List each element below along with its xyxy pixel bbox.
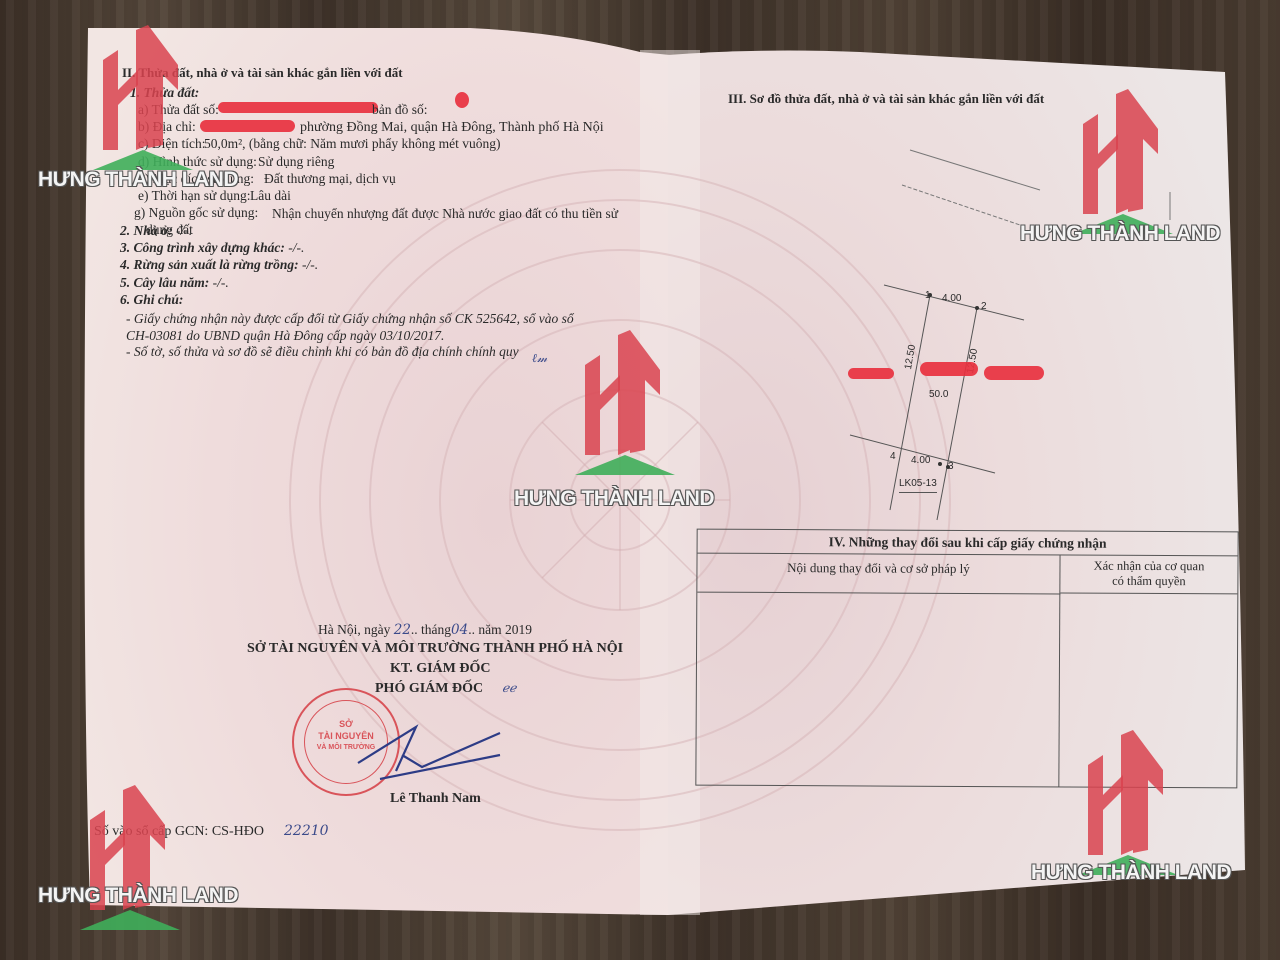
parcel-number-redaction [218, 102, 378, 113]
bottom-width: 4.00 [911, 452, 930, 469]
neighbor-lot-redaction-left [848, 368, 894, 379]
date-month: 04 [451, 622, 468, 638]
item-house-label: 2. Nhà ở: -/-. [120, 222, 192, 239]
usage-purpose-value: Đất thương mại, dịch vụ [264, 170, 396, 187]
registry-number: 22210 [284, 823, 329, 840]
date-month-prefix: tháng [421, 622, 451, 637]
top-width: 4.00 [942, 290, 961, 307]
point-1: 1 [925, 287, 931, 304]
plot-area: 50.0 [929, 386, 948, 403]
date-line: Hà Nội, ngày 22.. tháng04.. năm 2019 [318, 621, 532, 639]
watermark-text-bottom-right: HƯNG THÀNH LAND [1031, 861, 1231, 885]
subsection-parcel-title: 1. Thửa đất: [130, 84, 199, 101]
address-redaction [200, 120, 295, 132]
date-day: 22 [394, 622, 411, 638]
forest-label: 4. Rừng sản xuất là rừng trồng: [120, 257, 299, 272]
other-construction-label: 3. Công trình xây dựng khác: [120, 240, 285, 255]
usage-form-value: Sử dụng riêng [258, 153, 334, 170]
watermark-text-bottom-left: HƯNG THÀNH LAND [38, 884, 238, 908]
address-label: b) Địa chỉ: [138, 118, 196, 135]
initials-signature: ℓ𝓂 [532, 350, 547, 367]
neighbor-lot-redaction-right [984, 366, 1044, 380]
changes-table: IV. Những thay đổi sau khi cấp giấy chứn… [695, 529, 1238, 789]
changes-col-content: Nội dung thay đổi và cơ sở pháp lý [697, 554, 1060, 595]
changes-table-title: IV. Những thay đổi sau khi cấp giấy chứn… [698, 530, 1238, 557]
note1-line2: CH-03081 do UBND quận Hà Đông cấp ngày 0… [126, 327, 444, 344]
parcel-diagram [840, 140, 1220, 540]
area-value: 50,0m², (bằng chữ: Năm mươi phẩy không m… [204, 135, 501, 152]
item-other-construction: 3. Công trình xây dựng khác: -/-. [120, 239, 304, 256]
role-initials: ℯℯ [502, 680, 516, 697]
item-notes-title: 6. Ghi chú: [120, 291, 183, 308]
usage-term-value: Lâu dài [250, 187, 291, 204]
item-perennial-trees: 5. Cây lâu năm: -/-. [120, 274, 229, 291]
house-value: -/-. [176, 223, 192, 238]
parcel-number-label: a) Thửa đất số: [138, 101, 219, 118]
date-year: năm 2019 [478, 622, 532, 637]
note2: - Số tờ, số thửa và sơ đồ sẽ điều chỉnh … [126, 343, 519, 360]
item-forest: 4. Rừng sản xuất là rừng trồng: -/-. [120, 256, 318, 273]
other-construction-value: -/-. [288, 240, 304, 255]
watermark-text-top-left: HƯNG THÀNH LAND [38, 168, 238, 192]
point-3: 3 [948, 458, 954, 475]
handwritten-signature [350, 715, 510, 785]
perennial-value: -/-. [213, 275, 229, 290]
signer-role-1: KT. GIÁM ĐỐC [390, 660, 490, 677]
authority-header-line1: Xác nhận của cơ quan [1060, 558, 1237, 574]
address-value: phường Đồng Mai, quận Hà Đông, Thành phố… [300, 119, 604, 136]
forest-value: -/-. [302, 257, 318, 272]
registry-label: Số vào sổ cấp GCN: CS-HĐO [94, 823, 264, 840]
signer-name: Lê Thanh Nam [390, 790, 481, 807]
section-ii-title: II. Thửa đất, nhà ở và tài sản khác gắn … [122, 64, 403, 81]
adjacent-lot-label: LK05-13 [899, 475, 937, 493]
house-label: 2. Nhà ở: [120, 223, 173, 238]
authority-header-line2: có thẩm quyền [1060, 573, 1237, 589]
note1-line1: - Giấy chứng nhận này được cấp đổi từ Gi… [126, 310, 574, 327]
point-4: 4 [890, 448, 896, 465]
lot-label-redaction [920, 362, 978, 376]
changes-col-authority: Xác nhận của cơ quan có thẩm quyền [1060, 555, 1237, 594]
map-sheet-redaction [455, 92, 469, 108]
map-sheet-label: bản đồ số: [372, 101, 428, 118]
area-label: c) Diện tích: [138, 135, 205, 152]
watermark-text-top-right: HƯNG THÀNH LAND [1020, 222, 1220, 246]
origin-value-line1: Nhận chuyển nhượng đất được Nhà nước gia… [272, 205, 618, 222]
column-divider [1058, 593, 1060, 786]
signer-role-2: PHÓ GIÁM ĐỐC [375, 680, 483, 697]
date-prefix: Hà Nội, ngày [318, 622, 390, 637]
land-certificate-document: II. Thửa đất, nhà ở và tài sản khác gắn … [0, 0, 1280, 960]
section-iii-title: III. Sơ đồ thửa đất, nhà ở và tài sản kh… [728, 90, 1044, 107]
origin-label: g) Nguồn gốc sử dụng: [134, 204, 258, 221]
issuing-authority: SỞ TÀI NGUYÊN VÀ MÔI TRƯỜNG THÀNH PHỐ HÀ… [247, 640, 623, 657]
watermark-text-center: HƯNG THÀNH LAND [514, 487, 714, 511]
point-2: 2 [981, 298, 987, 315]
perennial-label: 5. Cây lâu năm: [120, 275, 209, 290]
